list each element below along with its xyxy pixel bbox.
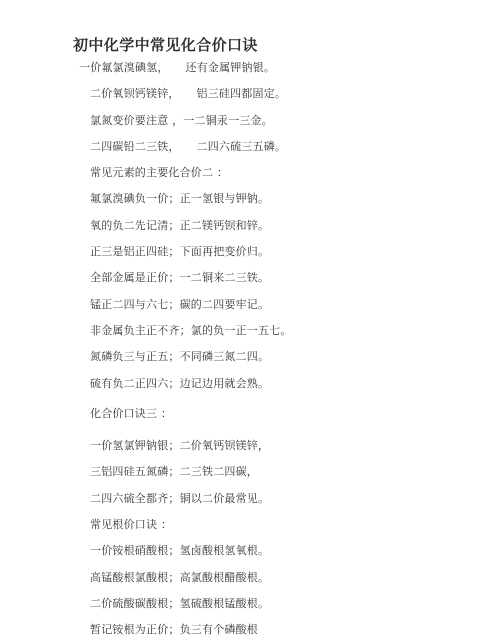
page-title: 初中化学中常见化合价口诀 — [73, 36, 500, 55]
verse-line: 硫有负二正四六；边记边用就会熟。 — [90, 371, 500, 397]
verse-line: 氮磷负三与正五；不同磷三氮二四。 — [90, 344, 500, 370]
verse-line: 暂记铵根为正价；负三有个磷酸根 — [90, 617, 500, 637]
verse-line: 锰正二四与六七；碳的二四要牢记。 — [90, 292, 500, 318]
verse-line: 一价氟氯溴碘氢， 还有金属钾钠银。 — [79, 55, 500, 81]
verse-line: 非金属负主正不齐；氯的负一正一五七。 — [90, 318, 500, 344]
verse-line: 一价氢氯钾钠银；二价氧钙钡镁锌， — [90, 433, 500, 459]
verse-line: 一价铵根硝酸根；氢卤酸根氢氧根。 — [90, 538, 500, 564]
verse-line: 二价硫酸碳酸根；氢硫酸根锰酸根。 — [90, 591, 500, 617]
verse-line: 二四六硫全都齐；铜以二价最常见。 — [90, 486, 500, 512]
verse-line: 三铝四硅五氮磷；二三铁二四碳， — [90, 459, 500, 485]
verse-line: 二价氧钡钙镁锌， 铝三硅四都固定。 — [90, 81, 500, 107]
verse-line: 氯氮变价要注意 ，一二铜汞一三金。 — [90, 108, 500, 134]
section-heading-valence2: 常见元素的主要化合价二 ： — [90, 160, 500, 186]
verse-line: 氟氯溴碘负一价；正一氢银与钾钠。 — [90, 186, 500, 212]
document-page: 初中化学中常见化合价口诀 一价氟氯溴碘氢， 还有金属钾钠银。 二价氧钡钙镁锌， … — [0, 0, 500, 637]
verse-line: 氧的负二先记清；正二镁钙钡和锌。 — [90, 213, 500, 239]
section-heading-radicals: 常见根价口诀 ： — [90, 512, 500, 538]
verse-line: 二四碳铅二三铁， 二四六硫三五磷。 — [90, 134, 500, 160]
section-heading-rhyme3: 化合价口诀三 ： — [90, 401, 500, 427]
verse-line: 高锰酸根氯酸根；高氯酸根醋酸根。 — [90, 565, 500, 591]
verse-line: 正三是铝正四硅；下面再把变价归。 — [90, 239, 500, 265]
verse-line: 全部金属是正价；一二铜来二三铁。 — [90, 265, 500, 291]
